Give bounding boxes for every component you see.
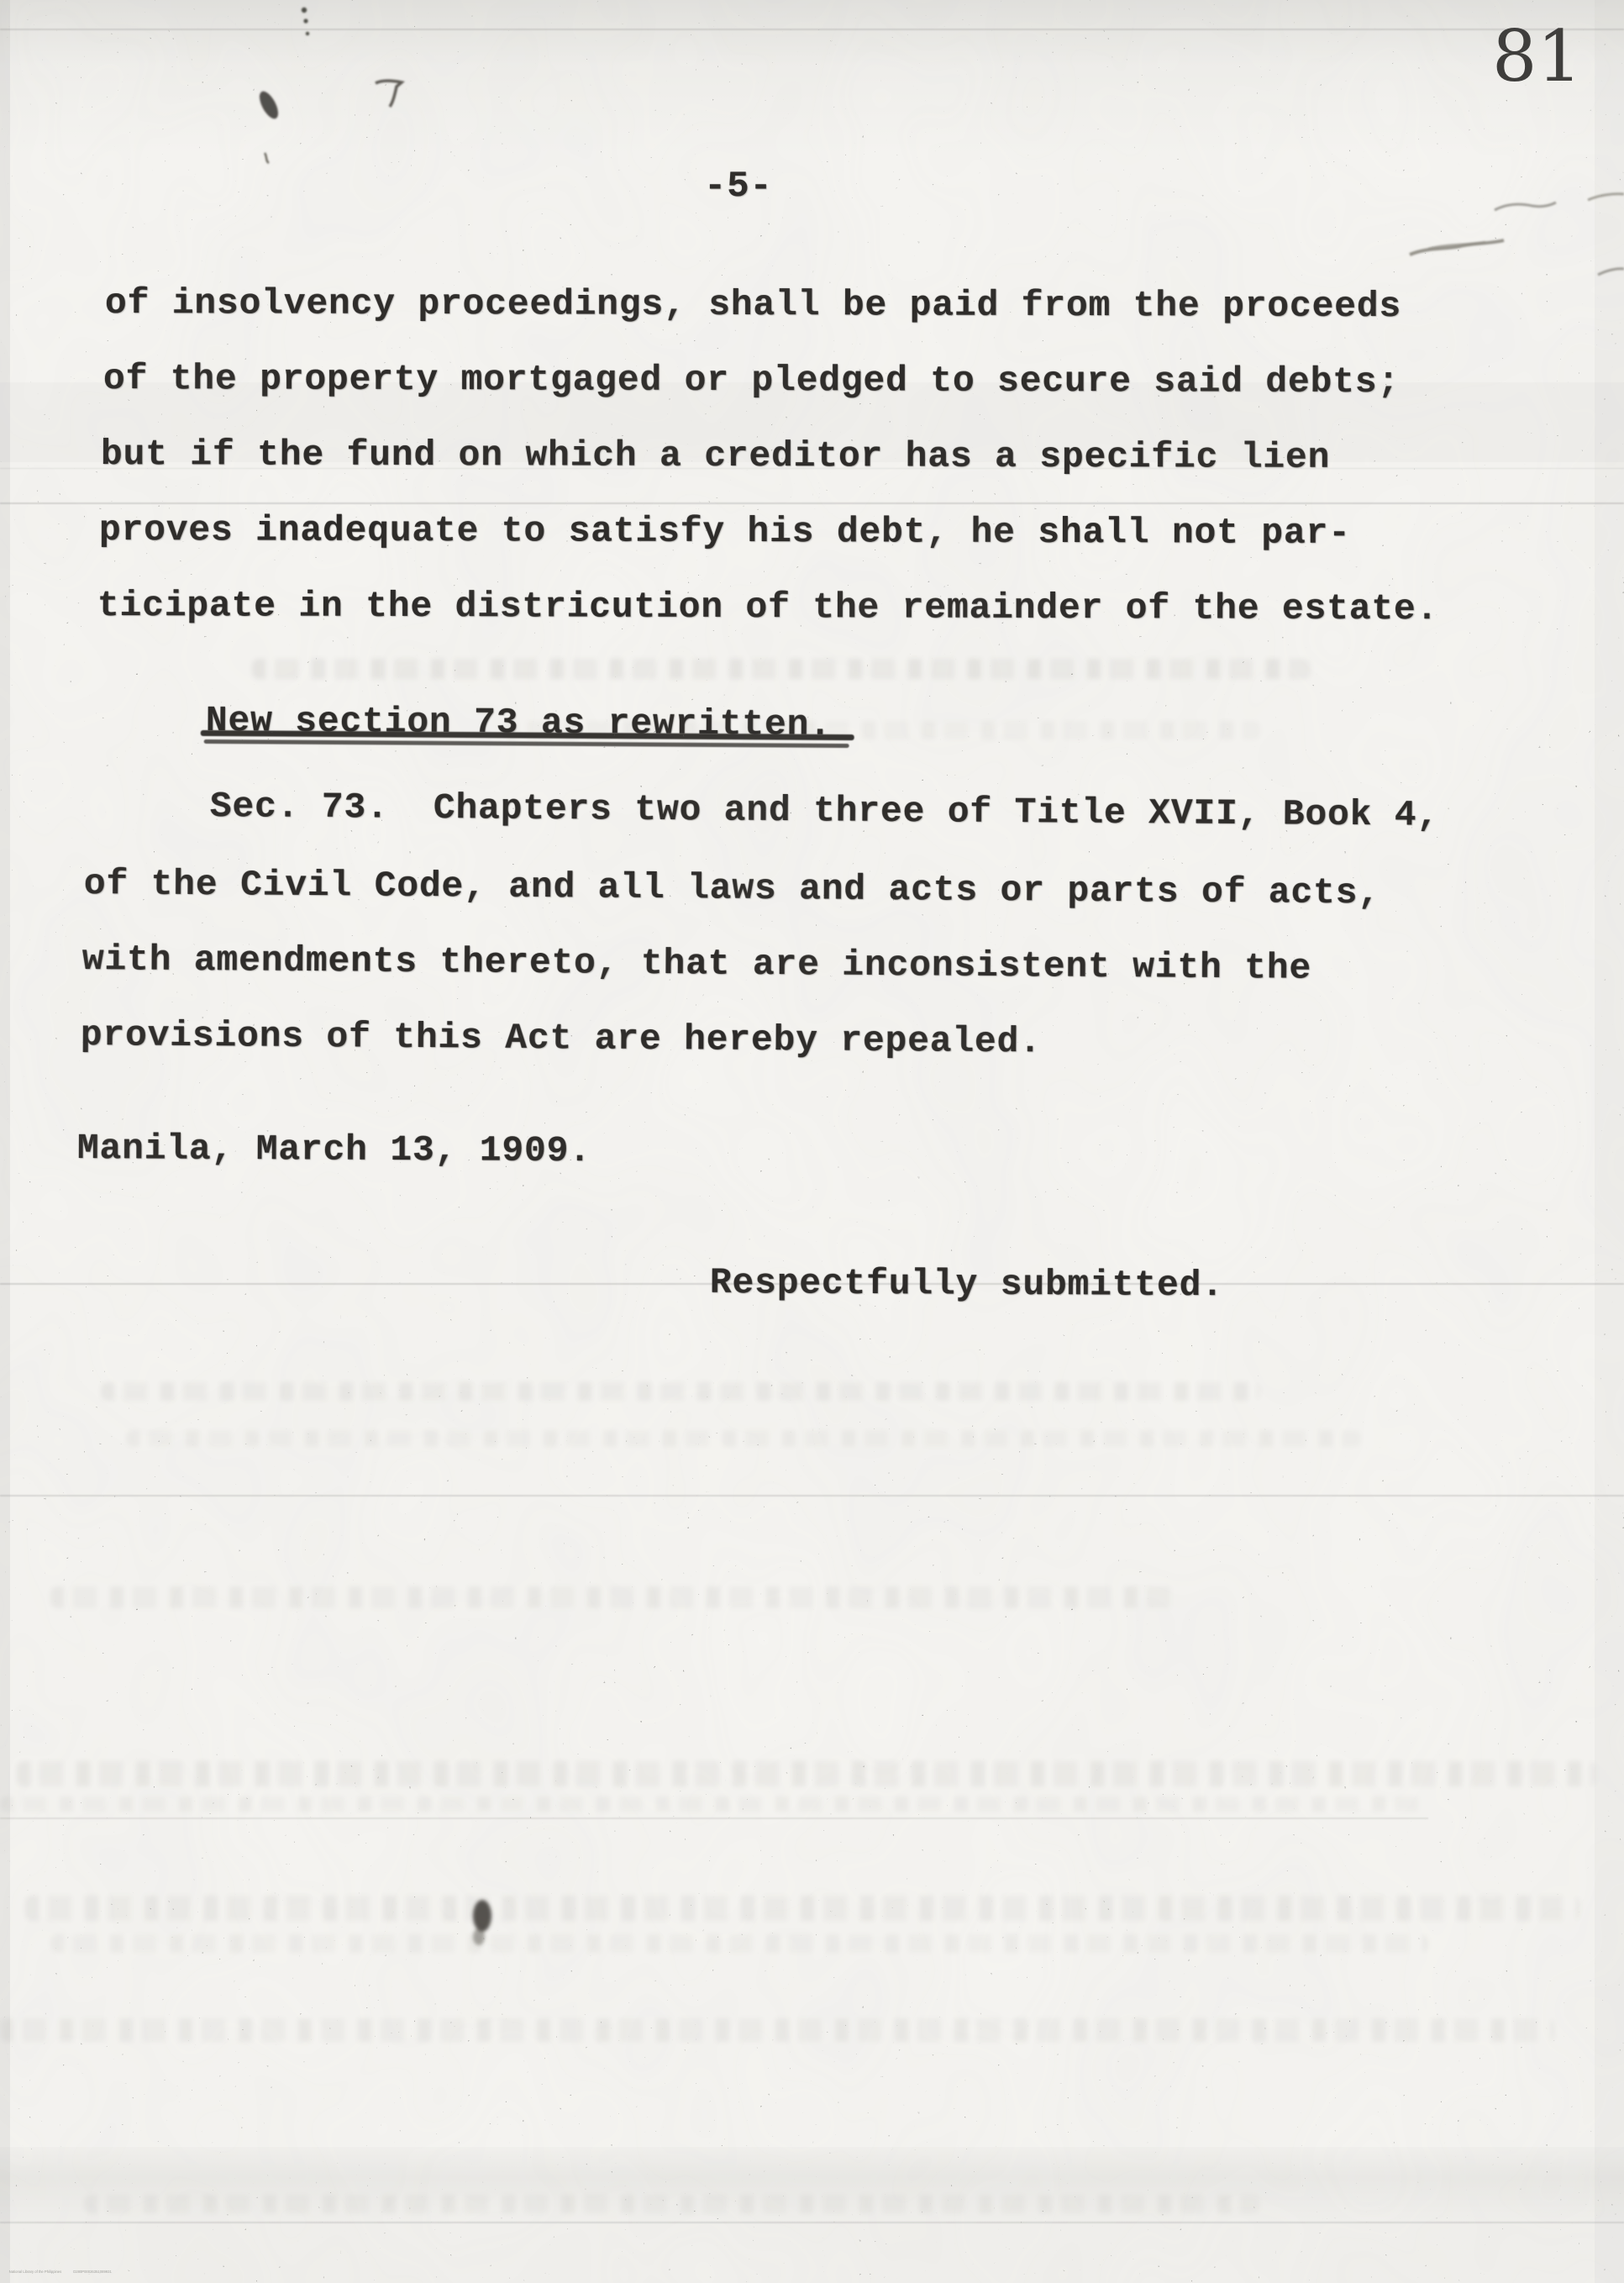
paragraph2-line: with amendments thereto, that are incons… bbox=[82, 939, 1312, 989]
paper-shade-bottom-edge bbox=[0, 2223, 1624, 2283]
ghost-text-band bbox=[252, 659, 1311, 679]
scan-artifact-line bbox=[0, 2222, 1624, 2223]
closing-line: Respectfully submitted. bbox=[710, 1262, 1224, 1306]
lower-ink-blot bbox=[473, 1900, 491, 1945]
paragraph2-line: of the Civil Code, and all laws and acts… bbox=[84, 863, 1380, 913]
page-label: -5- bbox=[704, 166, 773, 208]
paragraph1-line: of the property mortgaged or pledged to … bbox=[103, 358, 1400, 402]
ghost-text-band bbox=[0, 2018, 1554, 2042]
paragraph2-line: provisions of this Act are hereby repeal… bbox=[81, 1014, 1042, 1062]
paragraph2-line: Sec. 73. Chapters two and three of Title… bbox=[210, 786, 1440, 836]
ghost-text-band bbox=[84, 2195, 1260, 2213]
paper-shade-bottom bbox=[0, 2147, 1624, 2223]
scan-id: D280P00026351089931 bbox=[73, 2270, 112, 2274]
paragraph1-line: of insolvency proceedings, shall be paid… bbox=[105, 282, 1401, 327]
paper-shade-top-fade bbox=[0, 63, 1624, 155]
ghost-text-band bbox=[25, 1896, 1579, 1921]
paragraph1-line: proves inadequate to satisfy his debt, h… bbox=[99, 509, 1351, 554]
top-left-ink-marks bbox=[255, 8, 402, 163]
ghost-text-band bbox=[0, 1796, 1428, 1812]
paper-shade-left-edge bbox=[0, 0, 10, 2283]
paper-shade-right-edge bbox=[1595, 0, 1624, 2283]
section-heading-block: New section 73 as rewritten. bbox=[206, 700, 861, 745]
paragraph1-line: but if the fund on which a creditor has … bbox=[101, 434, 1330, 478]
ghost-text-band bbox=[17, 1761, 1596, 1786]
ghost-text-band bbox=[101, 1382, 1260, 1401]
scan-artifact-line bbox=[0, 29, 1624, 30]
scanned-document-page: 81 -5- of insolvency proceedings, shall … bbox=[0, 0, 1624, 2283]
scan-artifact-line bbox=[0, 1495, 1624, 1497]
page-number: 81 bbox=[1492, 15, 1582, 97]
paragraph1-line: ticipate in the districution of the rema… bbox=[97, 585, 1438, 629]
ghost-text-band bbox=[50, 1586, 1176, 1608]
dateline: Manila, March 13, 1909. bbox=[77, 1128, 591, 1171]
ghost-text-band bbox=[50, 1934, 1428, 1953]
ghost-text-band bbox=[126, 1430, 1361, 1447]
paper-shade-top bbox=[0, 0, 1624, 63]
library-label: National Library of the Philippines bbox=[9, 2270, 62, 2274]
library-footer: National Library of the PhilippinesD280P… bbox=[5, 2265, 112, 2278]
scan-artifact-line bbox=[0, 502, 1624, 504]
top-right-pencil-squiggles bbox=[1410, 194, 1624, 275]
scan-artifact-line bbox=[0, 1817, 1428, 1819]
